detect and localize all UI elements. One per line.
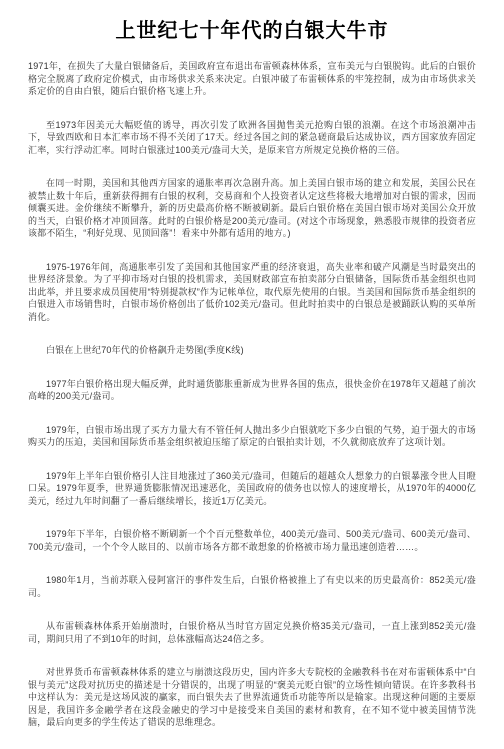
paragraph-1977: 1977年白银价格出现大幅反弹，此时通货膨胀重新成为世界各国的焦点，很快金价在1…: [28, 378, 476, 403]
paragraph-1979-first-half: 1979年上半年白银价格引人注目地涨过了360美元/盎司，但随后的超越众人想象力…: [28, 470, 476, 508]
chart-caption: 白银在上世纪70年代的价格飙升走势图(季度K线): [28, 344, 476, 357]
paragraph-1971: 1971年，在损失了大量白银储备后，美国政府宣布退出布雷顿森林体系，宣布美元与白…: [28, 60, 476, 98]
paragraph-1975-1976: 1975-1976年间，高通胀率引发了美国和其他国家严重的经济衰退，高失业率和破…: [28, 261, 476, 324]
article-page: 上世纪七十年代的白银大牛市 1971年，在损失了大量白银储备后，美国政府宣布退出…: [0, 0, 504, 749]
paragraph-overall-rise: 从布雷顿森林体系开始崩溃时，白银价格从当时官方固定兑换价格35美元/盎司，一直上…: [28, 620, 476, 645]
paragraph-textbook-commentary: 对世界货币布雷顿森林体系的建立与崩溃这段历史，国内许多大专院校的金融教科书在对布…: [28, 666, 476, 729]
paragraph-1979-buyers: 1979年，白银市场出现了买方力量大有不管任何人抛出多少白银就吃下多少白银的气势…: [28, 424, 476, 449]
paragraph-1979-second-half: 1979年下半年，白银价格不断刷新一个个百元整数单位，400美元/盎司、500美…: [28, 528, 476, 553]
page-title: 上世纪七十年代的白银大牛市: [28, 18, 476, 44]
paragraph-1980-peak: 1980年1月，当前苏联入侵阿富汗的事件发生后，白银价格被推上了有史以来的历史最…: [28, 574, 476, 599]
paragraph-same-period-inflation: 在同一时期，美国和其他西方国家的通胀率再次急剧升高。加上美国白银市场的建立和发展…: [28, 177, 476, 240]
paragraph-1973: 至1973年因美元大幅贬值的诱导，再次引发了欧洲各国抛售美元抢购白银的浪潮。在这…: [28, 119, 476, 157]
